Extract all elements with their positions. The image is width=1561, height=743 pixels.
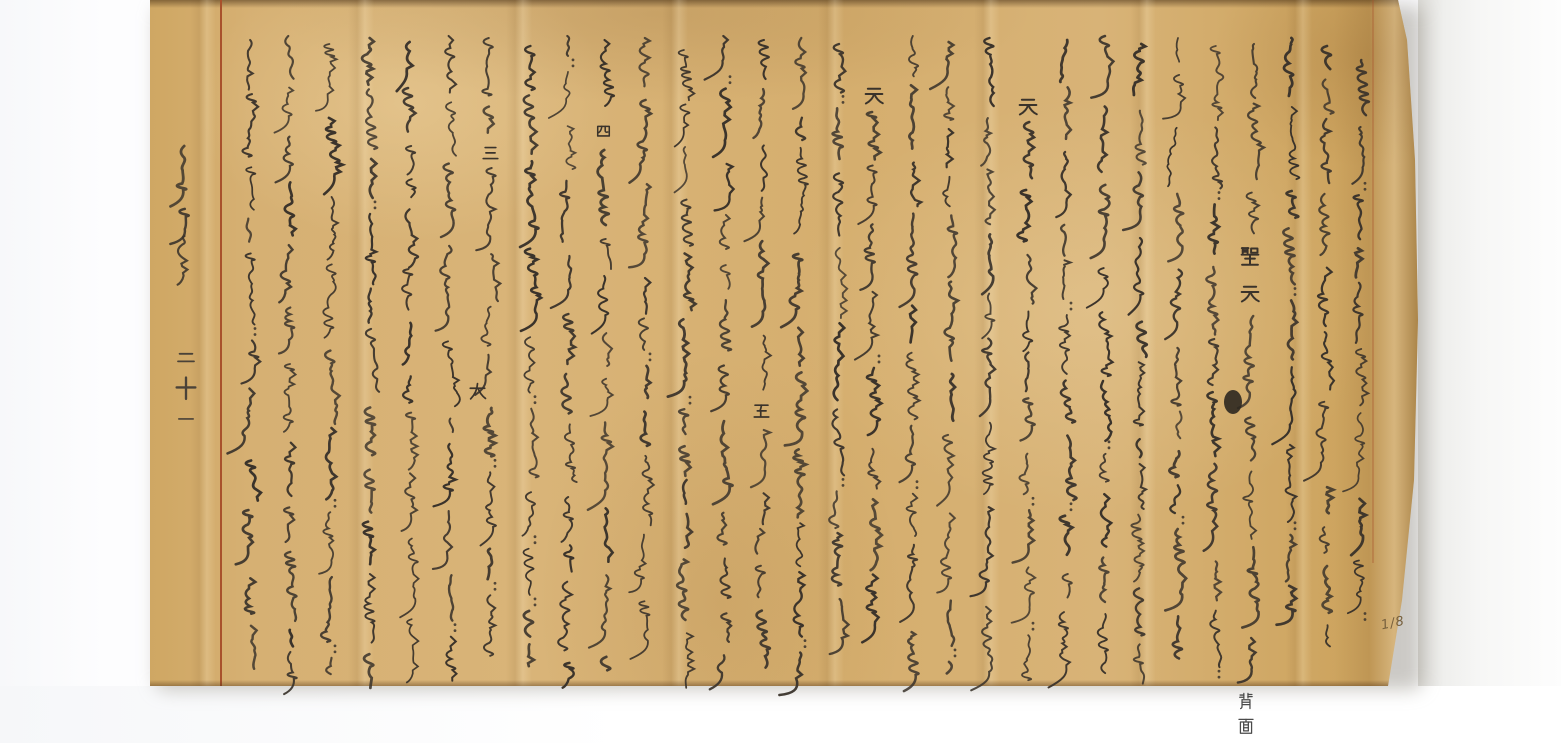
- red-margin-line: [220, 0, 222, 686]
- background-right-shadow: [1418, 0, 1561, 690]
- red-margin-line-right: [1372, 0, 1374, 563]
- manuscript-photo: 1/8: [0, 0, 1561, 743]
- paper-crease: [190, 0, 216, 686]
- caption-char-背: [1237, 692, 1255, 714]
- paper-crease: [506, 0, 532, 686]
- paper-crease: [348, 0, 374, 686]
- background-bottom-strip: [0, 686, 1561, 743]
- caption-char-面: [1237, 717, 1255, 739]
- paper-crease: [662, 0, 688, 686]
- background-left: [0, 0, 150, 686]
- paper-crease: [818, 0, 844, 686]
- manuscript-page: [150, 0, 1418, 686]
- paper-crease: [974, 0, 1000, 686]
- paper-crease: [1130, 0, 1156, 686]
- paper-crease: [1286, 0, 1312, 686]
- caption-back-side: [1232, 692, 1260, 739]
